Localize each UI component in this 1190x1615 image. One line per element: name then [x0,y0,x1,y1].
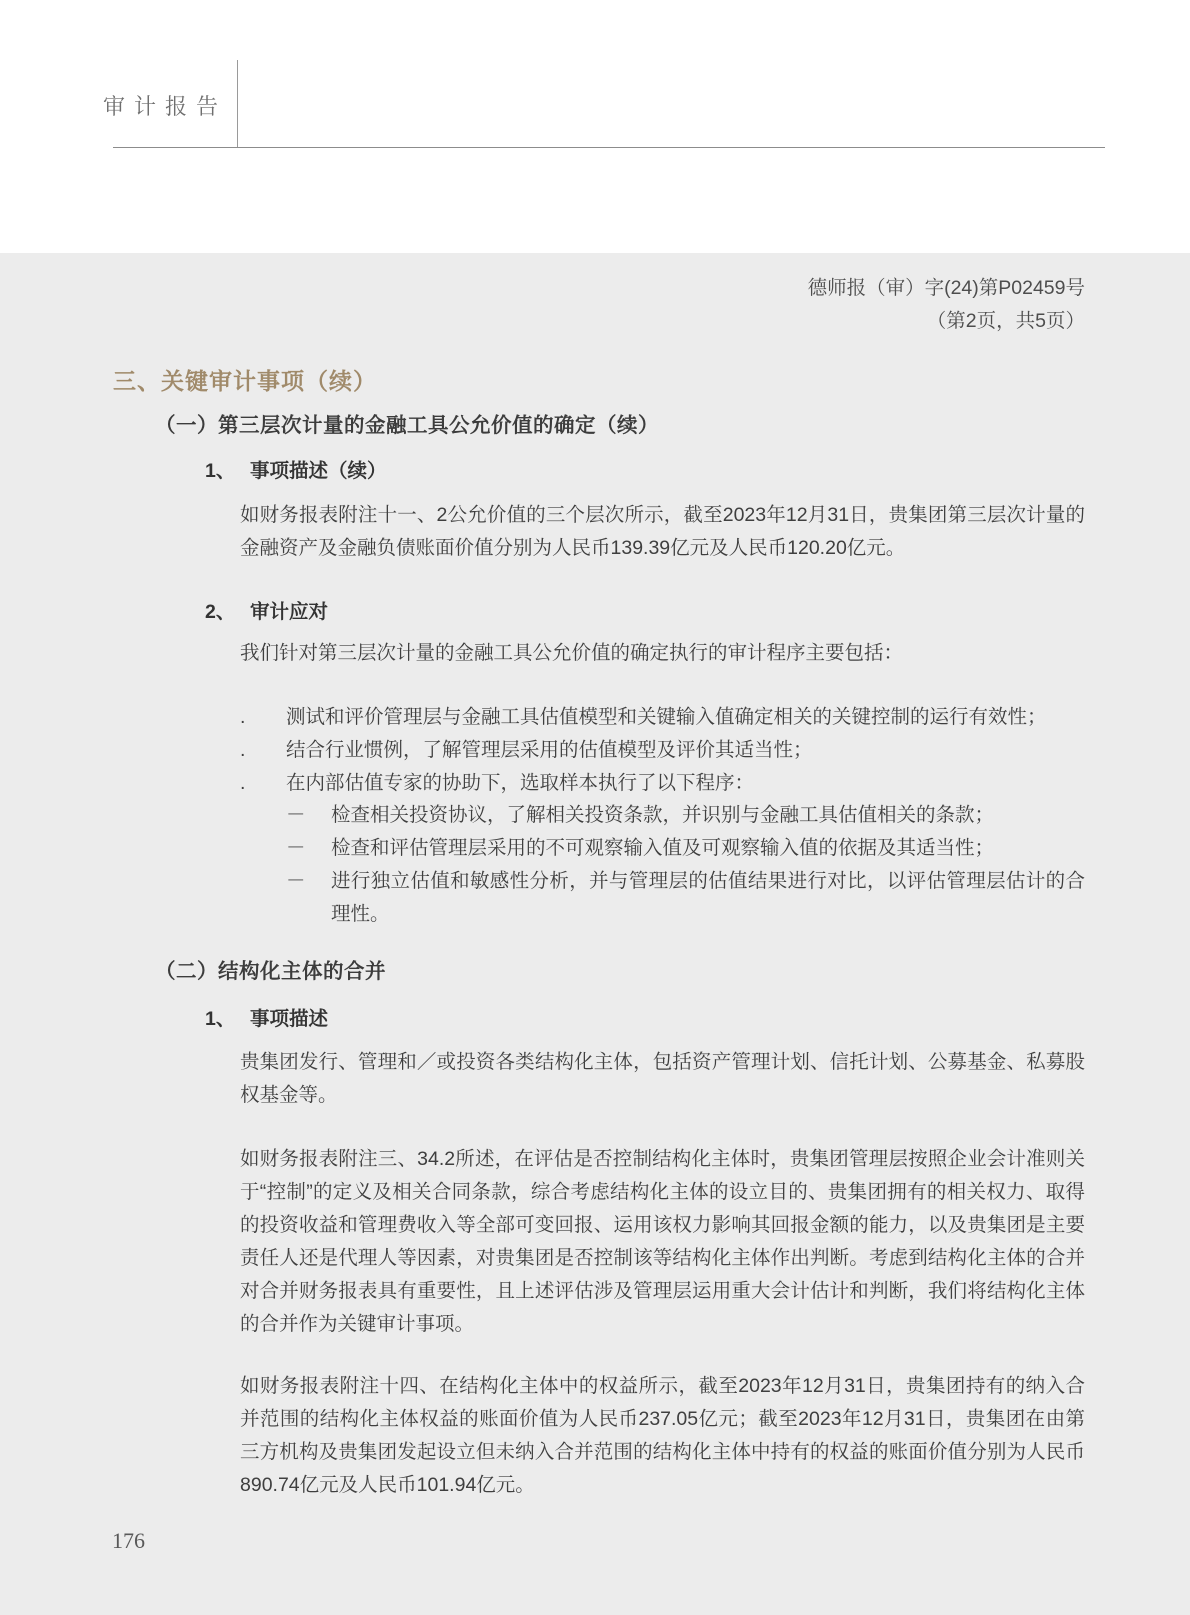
bullet-marker: . [240,734,286,767]
dash-marker: － [286,832,331,865]
sub-bullet-text: 检查相关投资协议，了解相关投资条款，并识别与金融工具估值相关的条款； [331,799,1085,832]
doc-reference-pagination: （第2页，共5页） [808,305,1085,338]
sub-bullet-item: － 进行独立估值和敏感性分析，并与管理层的估值结果进行对比，以评估管理层估计的合… [286,865,1085,931]
item-number: 1、 [205,1003,250,1031]
item-title: 事项描述 [250,1003,328,1031]
item-title: 审计应对 [250,596,328,624]
item-number: 1、 [205,455,250,483]
paragraph-structured-entities-carrying-values: 如财务报表附注十四、在结构化主体中的权益所示，截至2023年12月31日，贵集团… [240,1370,1085,1502]
item-title: 事项描述（续） [250,455,387,483]
subsection-heading-structured-entities: （二）结构化主体的合并 [155,954,386,984]
paragraph-fair-value-description: 如财务报表附注十一、2公允价值的三个层次所示，截至2023年12月31日，贵集团… [240,499,1085,565]
bullet-text: 在内部估值专家的协助下，选取样本执行了以下程序： [286,767,1085,800]
bullet-marker: . [240,767,286,800]
subsection-heading-fair-value: （一）第三层次计量的金融工具公允价值的确定（续） [155,408,659,438]
header-vertical-rule [237,60,238,148]
doc-reference-block: 德师报（审）字(24)第P02459号 （第2页，共5页） [808,272,1085,338]
item-heading-matter-description-cont: 1、 事项描述（续） [205,455,387,483]
sub-bullet-item: － 检查相关投资协议，了解相关投资条款，并识别与金融工具估值相关的条款； [286,799,1085,832]
report-header-title: 审计报告 [103,90,227,121]
audit-procedures-bullet-list: . 测试和评价管理层与金融工具估值模型和关键输入值确定相关的关键控制的运行有效性… [240,701,1085,800]
item-heading-audit-response: 2、 审计应对 [205,596,328,624]
sub-bullet-text: 进行独立估值和敏感性分析，并与管理层的估值结果进行对比，以评估管理层估计的合理性… [331,865,1085,931]
bullet-text: 测试和评价管理层与金融工具估值模型和关键输入值确定相关的关键控制的运行有效性； [286,701,1085,734]
item-heading-matter-description: 1、 事项描述 [205,1003,328,1031]
bullet-item: . 在内部估值专家的协助下，选取样本执行了以下程序： [240,767,1085,800]
sub-bullet-text: 检查和评估管理层采用的不可观察输入值及可观察输入值的依据及其适当性； [331,832,1085,865]
doc-reference-number: 德师报（审）字(24)第P02459号 [808,272,1085,305]
bullet-text: 结合行业惯例，了解管理层采用的估值模型及评价其适当性； [286,734,1085,767]
audit-procedures-sub-bullet-list: － 检查相关投资协议，了解相关投资条款，并识别与金融工具估值相关的条款； － 检… [286,799,1085,931]
sub-bullet-item: － 检查和评估管理层采用的不可观察输入值及可观察输入值的依据及其适当性； [286,832,1085,865]
paragraph-structured-entities-types: 贵集团发行、管理和／或投资各类结构化主体，包括资产管理计划、信托计划、公募基金、… [240,1046,1085,1112]
section-heading-key-audit-matters: 三、关键审计事项（续） [113,363,377,396]
paragraph-structured-entities-control-assessment: 如财务报表附注三、34.2所述，在评估是否控制结构化主体时，贵集团管理层按照企业… [240,1143,1085,1341]
page-number: 176 [112,1528,145,1554]
paragraph-audit-procedures-intro: 我们针对第三层次计量的金融工具公允价值的确定执行的审计程序主要包括： [240,637,1085,670]
bullet-item: . 结合行业惯例，了解管理层采用的估值模型及评价其适当性； [240,734,1085,767]
bullet-marker: . [240,701,286,734]
item-number: 2、 [205,596,250,624]
dash-marker: － [286,865,331,931]
header-horizontal-rule [113,147,1105,148]
audit-report-page: 审计报告 德师报（审）字(24)第P02459号 （第2页，共5页） 三、关键审… [0,0,1190,1615]
bullet-item: . 测试和评价管理层与金融工具估值模型和关键输入值确定相关的关键控制的运行有效性… [240,701,1085,734]
dash-marker: － [286,799,331,832]
